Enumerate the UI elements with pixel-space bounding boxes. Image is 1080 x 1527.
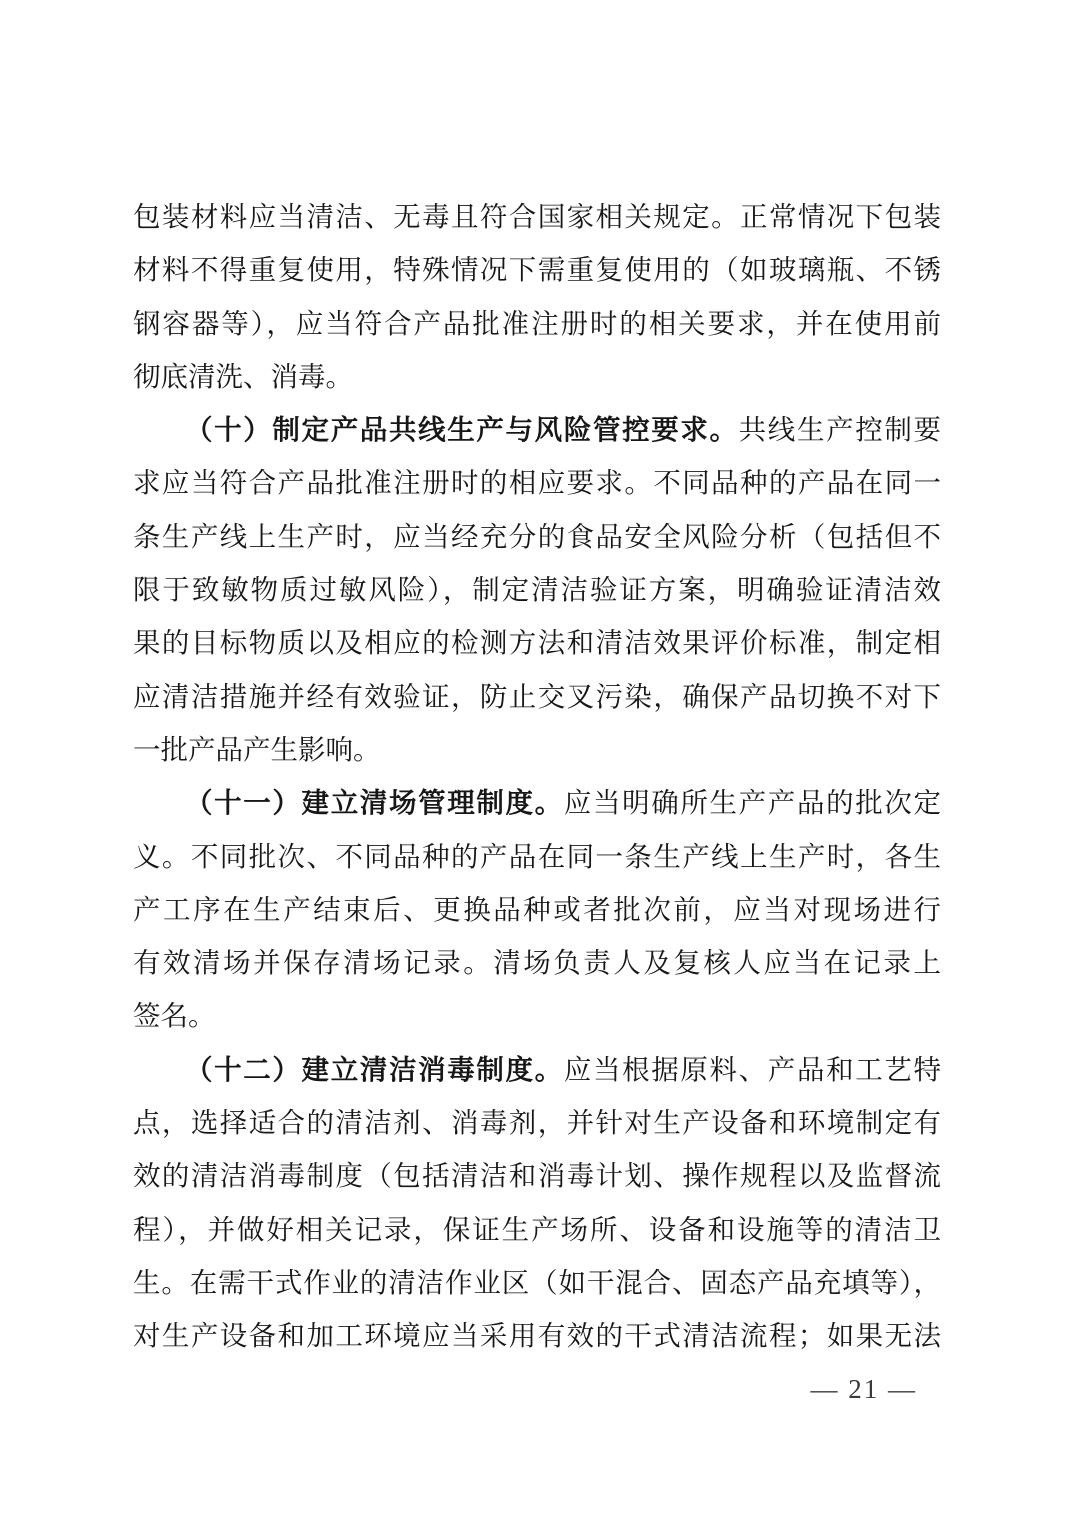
text-line: 材料不得重复使用，特殊情况下需重复使用的（如玻璃瓶、不锈 xyxy=(133,243,941,296)
text-line: 生。在需干式作业的清洁作业区（如干混合、固态产品充填等）， xyxy=(133,1256,941,1309)
page-number: — 21 — xyxy=(811,1374,918,1404)
text-run: 限于致敏物质过敏风险），制定清洁验证方案，明确验证清洁效 xyxy=(133,574,941,605)
text-run: 签名。 xyxy=(133,1000,216,1031)
section-heading-run: （十）制定产品共线生产与风险管控要求。 xyxy=(185,414,739,445)
text-run: 产工序在生产结束后、更换品种或者批次前，应当对现场进行 xyxy=(133,894,941,925)
text-line: 果的目标物质以及相应的检测方法和清洁效果评价标准，制定相 xyxy=(133,616,941,669)
text-line: 点，选择适合的清洁剂、消毒剂，并针对生产设备和环境制定有 xyxy=(133,1096,941,1149)
text-run: 效的清洁消毒制度（包括清洁和消毒计划、操作规程以及监督流 xyxy=(133,1160,941,1191)
text-run: 应当明确所生产产品的批次定 xyxy=(564,787,941,818)
text-run: 彻底清洗、消毒。 xyxy=(133,361,353,392)
text-line: 对生产设备和加工环境应当采用有效的干式清洁流程；如果无法 xyxy=(133,1309,941,1362)
text-line: 一批产品产生影响。 xyxy=(133,723,941,776)
text-run: 应清洁措施并经有效验证，防止交叉污染，确保产品切换不对下 xyxy=(133,681,941,712)
text-line: 有效清场并保存清场记录。清场负责人及复核人应当在记录上 xyxy=(133,936,941,989)
text-run: 求应当符合产品批准注册时的相应要求。不同品种的产品在同一 xyxy=(133,467,941,498)
document-page: 包装材料应当清洁、无毒且符合国家相关规定。正常情况下包装材料不得重复使用，特殊情… xyxy=(0,0,1080,1527)
text-run: 对生产设备和加工环境应当采用有效的干式清洁流程；如果无法 xyxy=(133,1320,941,1351)
text-run: 条生产线上生产时，应当经充分的食品安全风险分析（包括但不 xyxy=(133,521,941,552)
text-run: 果的目标物质以及相应的检测方法和清洁效果评价标准，制定相 xyxy=(133,627,941,658)
text-run: 应当根据原料、产品和工艺特 xyxy=(564,1054,941,1085)
text-line: 程），并做好相关记录，保证生产场所、设备和设施等的清洁卫 xyxy=(133,1203,941,1256)
text-line: 义。不同批次、不同品种的产品在同一条生产线上生产时，各生 xyxy=(133,830,941,883)
text-run: 义。不同批次、不同品种的产品在同一条生产线上生产时，各生 xyxy=(133,841,941,872)
text-run: 共线生产控制要 xyxy=(739,414,941,445)
text-line: 彻底清洗、消毒。 xyxy=(133,350,941,403)
section-heading-run: （十二）建立清洁消毒制度。 xyxy=(185,1054,564,1085)
text-line: （十）制定产品共线生产与风险管控要求。共线生产控制要 xyxy=(133,403,941,456)
text-line: 签名。 xyxy=(133,989,941,1042)
text-run: 点，选择适合的清洁剂、消毒剂，并针对生产设备和环境制定有 xyxy=(133,1107,941,1138)
text-run: 生。在需干式作业的清洁作业区（如干混合、固态产品充填等）， xyxy=(133,1267,941,1298)
text-line: （十一）建立清场管理制度。应当明确所生产产品的批次定 xyxy=(133,776,941,829)
text-line: 效的清洁消毒制度（包括清洁和消毒计划、操作规程以及监督流 xyxy=(133,1149,941,1202)
text-block: 包装材料应当清洁、无毒且符合国家相关规定。正常情况下包装材料不得重复使用，特殊情… xyxy=(133,190,941,1363)
text-run: 程），并做好相关记录，保证生产场所、设备和设施等的清洁卫 xyxy=(133,1214,941,1245)
text-line: 钢容器等），应当符合产品批准注册时的相关要求，并在使用前 xyxy=(133,297,941,350)
text-line: 包装材料应当清洁、无毒且符合国家相关规定。正常情况下包装 xyxy=(133,190,941,243)
text-line: 条生产线上生产时，应当经充分的食品安全风险分析（包括但不 xyxy=(133,510,941,563)
text-run: 包装材料应当清洁、无毒且符合国家相关规定。正常情况下包装 xyxy=(133,201,941,232)
text-run: 材料不得重复使用，特殊情况下需重复使用的（如玻璃瓶、不锈 xyxy=(133,254,941,285)
text-run: 一批产品产生影响。 xyxy=(133,734,381,765)
text-line: （十二）建立清洁消毒制度。应当根据原料、产品和工艺特 xyxy=(133,1043,941,1096)
text-run: 钢容器等），应当符合产品批准注册时的相关要求，并在使用前 xyxy=(133,308,941,339)
text-line: 产工序在生产结束后、更换品种或者批次前，应当对现场进行 xyxy=(133,883,941,936)
text-line: 限于致敏物质过敏风险），制定清洁验证方案，明确验证清洁效 xyxy=(133,563,941,616)
text-line: 求应当符合产品批准注册时的相应要求。不同品种的产品在同一 xyxy=(133,456,941,509)
text-line: 应清洁措施并经有效验证，防止交叉污染，确保产品切换不对下 xyxy=(133,670,941,723)
section-heading-run: （十一）建立清场管理制度。 xyxy=(185,787,564,818)
text-run: 有效清场并保存清场记录。清场负责人及复核人应当在记录上 xyxy=(133,947,941,978)
